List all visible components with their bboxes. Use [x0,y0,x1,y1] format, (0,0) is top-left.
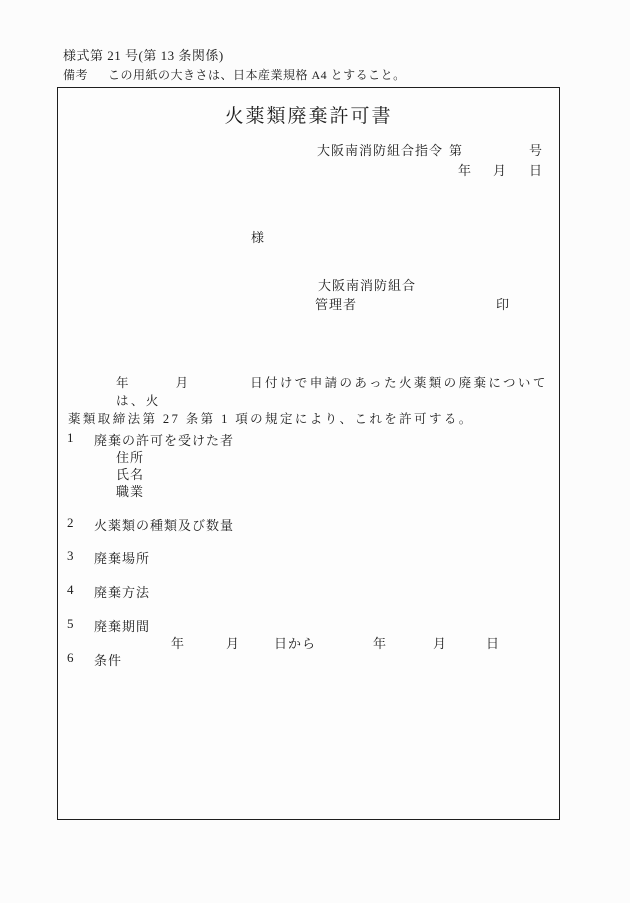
directive-no-prefix: 第 [449,140,463,159]
item-5-number: 5 [67,616,74,632]
seal-mark: 印 [496,294,510,313]
item-3-number: 3 [67,548,74,564]
item-3-label: 廃棄場所 [94,548,150,567]
body-line-1: 年 月 日付けで申請のあった火薬類の廃棄については、火 [68,374,554,410]
body-paragraph: 年 月 日付けで申請のあった火薬類の廃棄については、火 薬類取締法第 27 条第… [68,374,554,428]
issue-date-year: 年 [458,160,472,179]
item-1-sub-occupation: 職業 [116,481,144,500]
addressee-honorific: 様 [251,227,265,246]
item-6-number: 6 [67,650,74,666]
item-5-label: 廃棄期間 [94,616,150,635]
form-number: 様式第 21 号(第 13 条関係) [63,45,224,64]
issue-date-day: 日 [529,160,543,179]
period-from-year: 年 [171,633,185,652]
period-from-day: 日から [274,633,316,652]
period-from-month: 月 [226,633,240,652]
item-4-number: 4 [67,582,74,598]
item-6-label: 条件 [94,650,122,669]
permit-box: 火薬類廃棄許可書 大阪南消防組合指令 第 号 年 月 日 様 大阪南消防組合 管… [57,87,560,820]
remark-line: 備考この用紙の大きさは、日本産業規格 A4 とすること。 [63,66,406,83]
directive-no-unit: 号 [529,140,543,159]
issue-date-month: 月 [493,160,507,179]
item-1-number: 1 [67,430,74,446]
body-line-2: 薬類取締法第 27 条第 1 項の規定により、これを許可する。 [68,410,554,428]
issuer-role: 管理者 [315,294,357,313]
item-2-number: 2 [67,515,74,531]
item-4-label: 廃棄方法 [94,582,150,601]
period-to-day: 日 [486,633,500,652]
permit-title: 火薬類廃棄許可書 [58,101,559,128]
remark-text: この用紙の大きさは、日本産業規格 A4 とすること。 [108,68,406,82]
period-to-month: 月 [433,633,447,652]
directive-org: 大阪南消防組合指令 [317,140,443,159]
document-page: 様式第 21 号(第 13 条関係) 備考この用紙の大きさは、日本産業規格 A4… [0,0,630,903]
item-1-label: 廃棄の許可を受けた者 [94,430,234,449]
remark-label: 備考 [63,68,88,82]
issuer-org: 大阪南消防組合 [318,275,416,294]
item-2-label: 火薬類の種類及び数量 [94,515,234,534]
period-to-year: 年 [373,633,387,652]
